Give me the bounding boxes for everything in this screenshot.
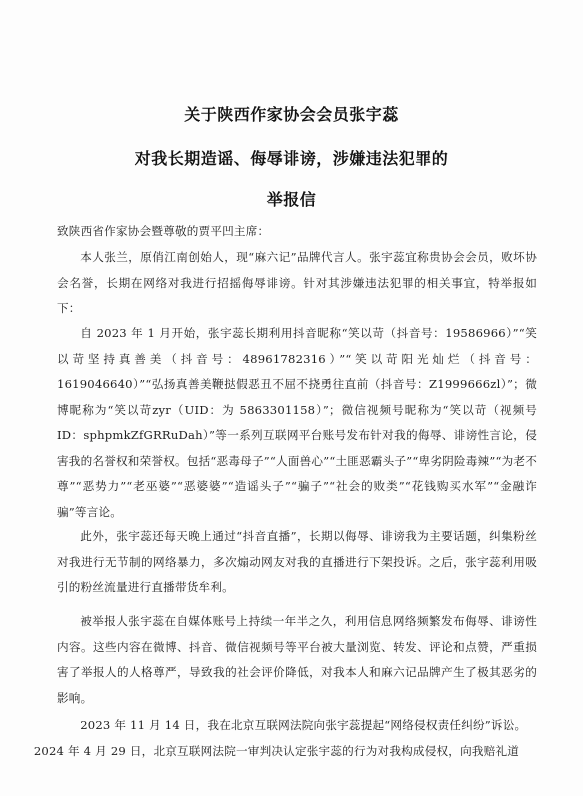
- paragraph-impact: 被举报人张宇蕊在自媒体账号上持续一年半之久，利用信息网络频繁发布侮辱、诽谤性内容…: [57, 609, 537, 711]
- paragraph-lawsuit: 2023 年 11 月 14 日，我在北京互联网法院向张宇蕊提起“网络侵权责任纠…: [57, 713, 537, 764]
- document-title-line-1: 关于陕西作家协会会员张宇蕊: [0, 102, 583, 125]
- paragraph-livestream: 此外，张宇蕊还每天晚上通过“抖音直播”，长期以侮辱、诽谤我为主要话题，纠集粉丝对…: [57, 524, 537, 601]
- salutation: 致陕西省作家协会暨尊敬的贾平凹主席：: [57, 219, 537, 245]
- lawsuit-line-1: 2023 年 11 月 14 日，我在北京互联网法院向张宇蕊提起“网络侵权责任纠…: [57, 713, 537, 739]
- document-title-line-2: 对我长期造谣、侮辱诽谤，涉嫌违法犯罪的: [0, 146, 583, 169]
- lawsuit-line-2: 2024 年 4 月 29 日，北京互联网法院一审判决认定张宇蕊的行为对我构成侵…: [34, 739, 537, 765]
- paragraph-introduction: 本人张兰，原俏江南创始人，现“麻六记”品牌代言人。张宇蕊宜称贵协会会员，败坏协会…: [57, 245, 537, 322]
- document-title-line-3: 举报信: [0, 187, 583, 210]
- paragraph-accounts: 自 2023 年 1 月开始，张宇蕊长期利用抖音昵称“笑以苛（抖音号：19586…: [57, 321, 537, 525]
- document-page: 关于陕西作家协会会员张宇蕊 对我长期造谣、侮辱诽谤，涉嫌违法犯罪的 举报信 致陕…: [0, 0, 583, 796]
